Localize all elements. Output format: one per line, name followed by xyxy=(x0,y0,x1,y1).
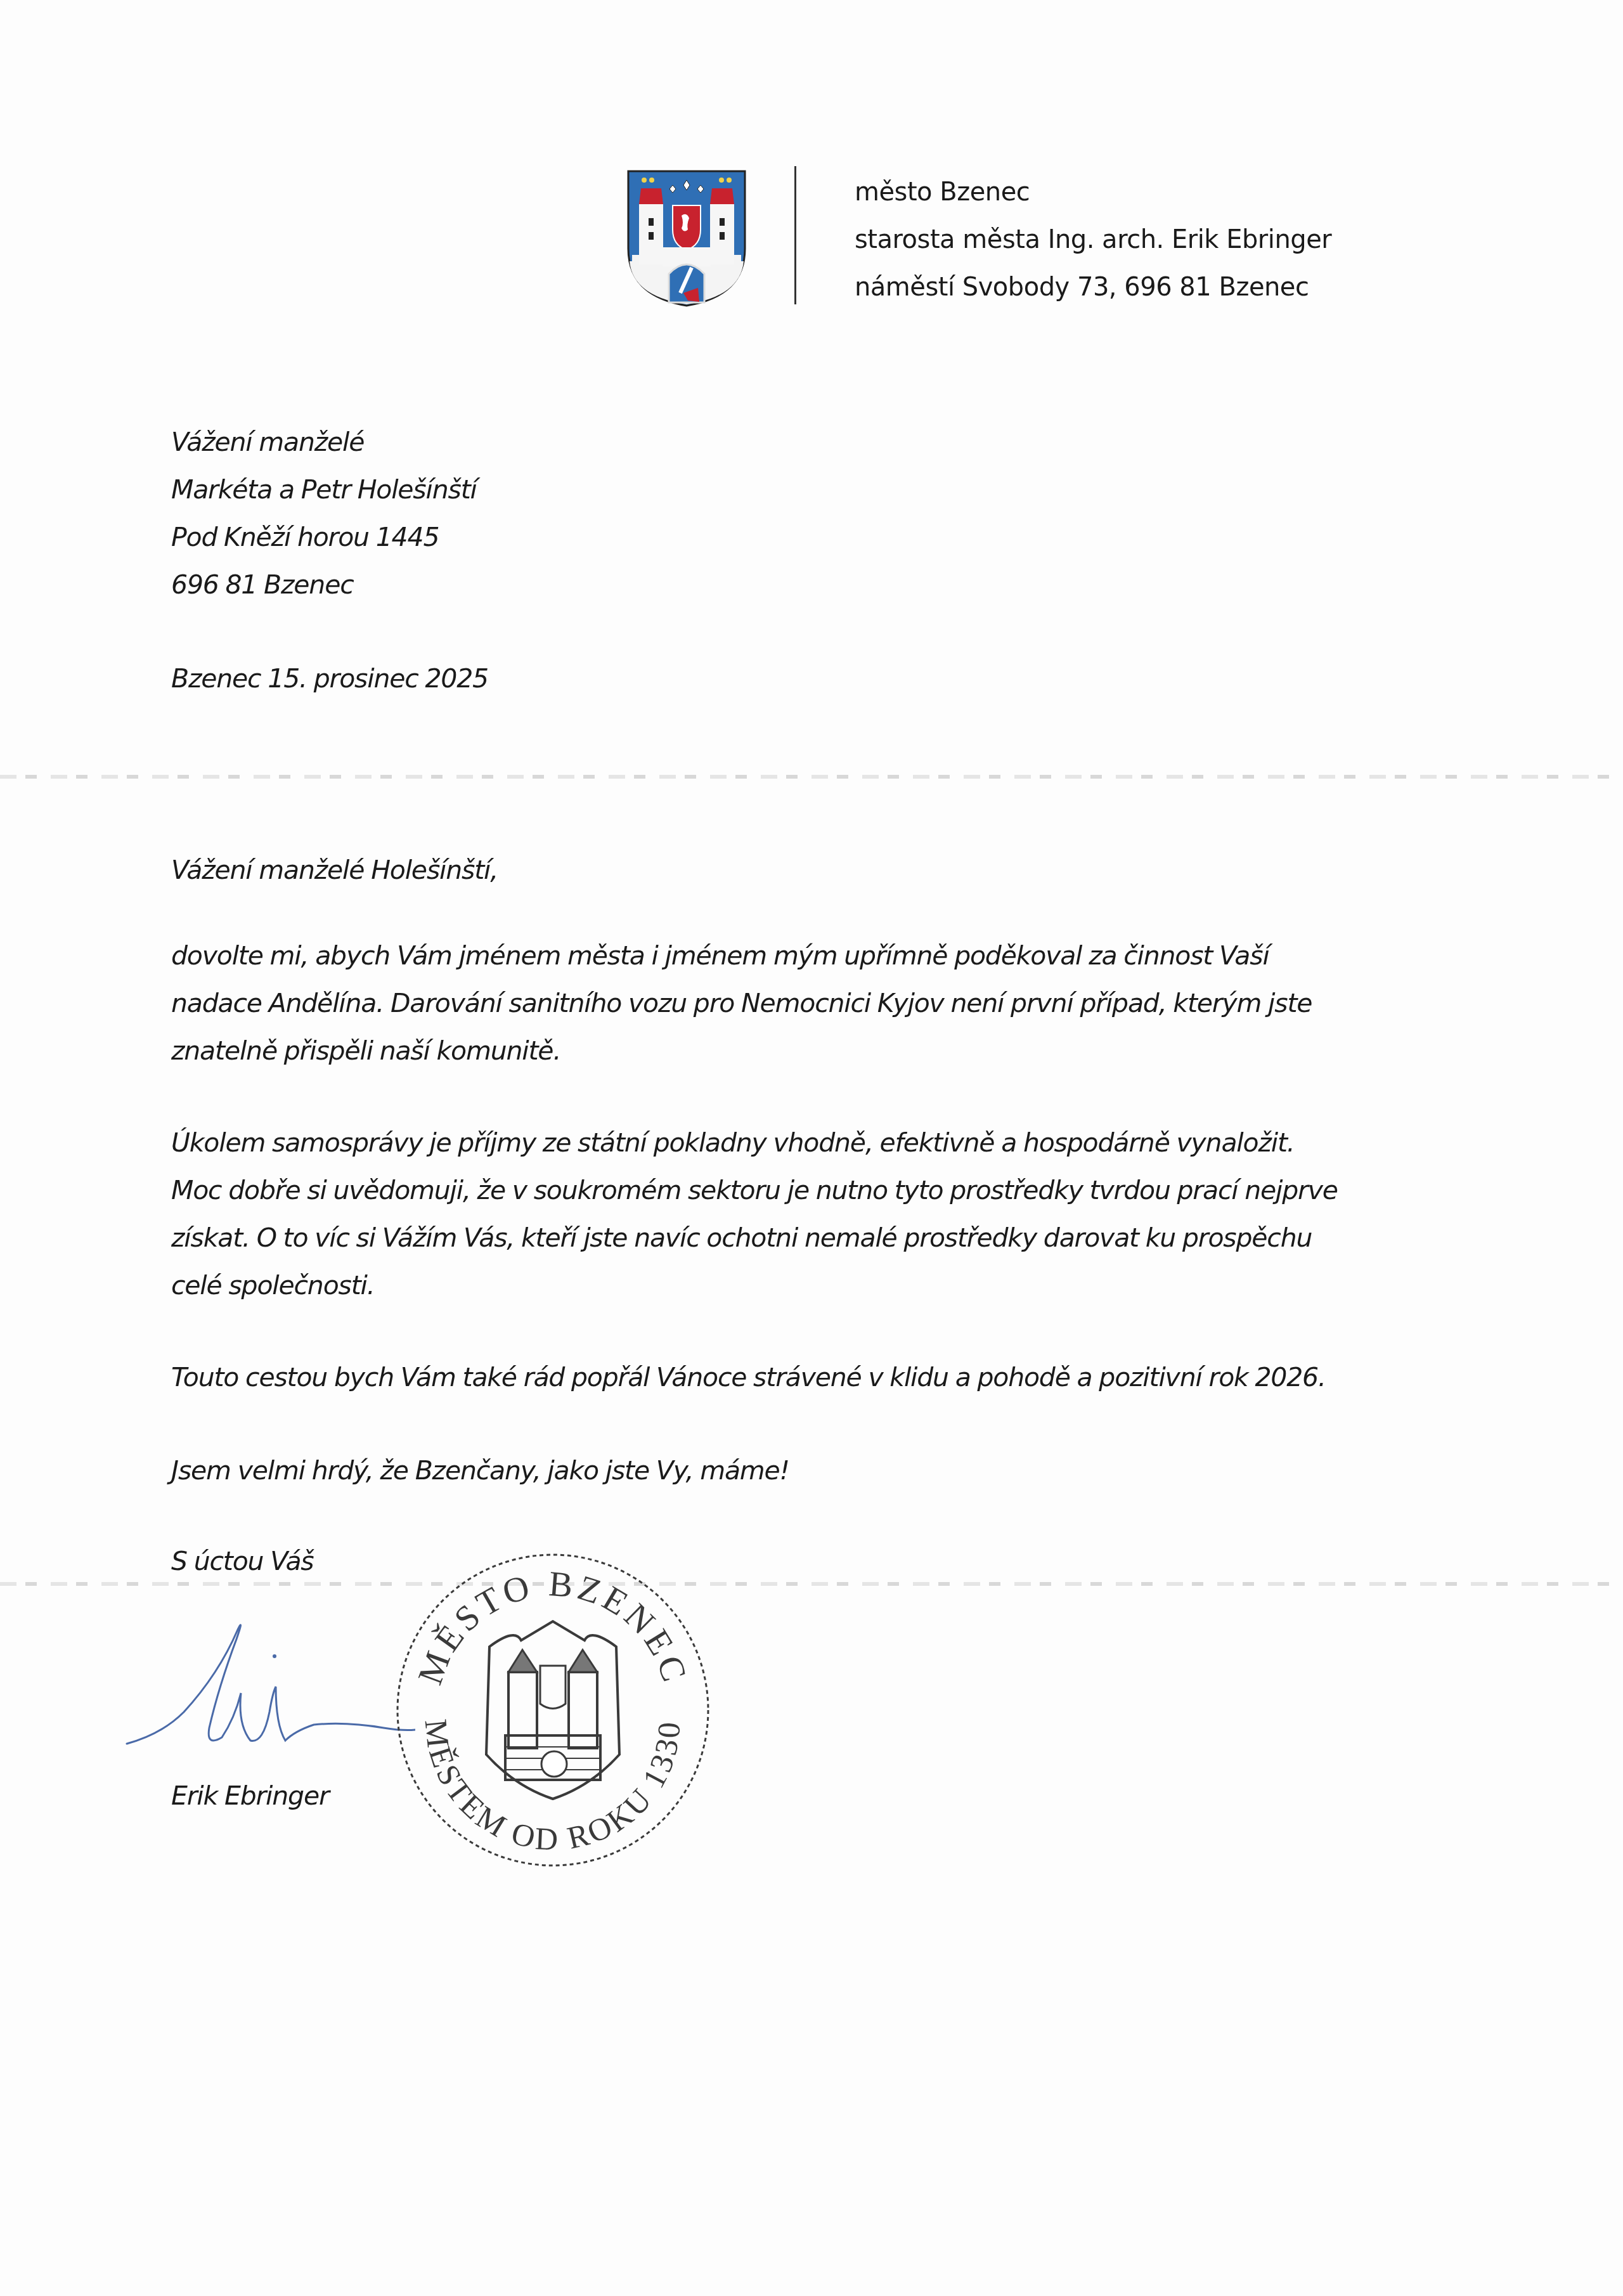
paragraph-pride: Jsem velmi hrdý, že Bzenčany, jako jste … xyxy=(171,1447,1477,1495)
recipient-line: Vážení manželé xyxy=(171,418,1477,466)
recipient-line: Markéta a Petr Holešínští xyxy=(171,466,1477,514)
svg-text:MĚSTEM OD ROKU 1330: MĚSTEM OD ROKU 1330 xyxy=(418,1718,687,1857)
stamp-top-text: MĚSTO BZENEC xyxy=(411,1564,695,1690)
paragraph-line: nadace Andělína. Darování sanitního vozu… xyxy=(171,980,1477,1027)
coat-of-arms-icon xyxy=(623,166,750,308)
paragraph-thanks: dovolte mi, abych Vám jménem města i jmé… xyxy=(171,932,1477,1075)
closing-phrase: S úctou Váš xyxy=(171,1538,1477,1585)
paper-fold-line xyxy=(0,1582,1623,1586)
paragraph-wishes: Touto cestou bych Vám také rád popřál Vá… xyxy=(171,1354,1477,1401)
paragraph-line: Moc dobře si uvědomuji, že v soukromém s… xyxy=(171,1167,1477,1214)
paragraph-line: Touto cestou bych Vám také rád popřál Vá… xyxy=(171,1354,1477,1401)
stamp-bottom-text: MĚSTEM OD ROKU 1330 xyxy=(418,1718,687,1857)
letterhead-divider xyxy=(794,166,796,304)
letterhead-mayor: starosta města Ing. arch. Erik Ebringer xyxy=(855,216,1331,264)
recipient-line: 696 81 Bzenec xyxy=(171,561,1477,609)
recipient-line: Pod Kněží horou 1445 xyxy=(171,514,1477,561)
svg-text:MĚSTO BZENEC: MĚSTO BZENEC xyxy=(411,1564,695,1690)
letterhead-street: náměstí Svobody 73, 696 81 Bzenec xyxy=(855,264,1331,311)
paragraph-line: dovolte mi, abych Vám jménem města i jmé… xyxy=(171,932,1477,980)
letter-date: Bzenec 15. prosinec 2025 xyxy=(171,655,1477,703)
official-stamp-icon: MĚSTO BZENEC MĚSTEM OD ROKU 1330 xyxy=(388,1545,718,1875)
paragraph-municipality: Úkolem samosprávy je příjmy ze státní po… xyxy=(171,1119,1477,1309)
paragraph-line: získat. O to víc si Vážím Vás, kteří jst… xyxy=(171,1214,1477,1262)
paragraph-line: celé společnosti. xyxy=(171,1262,1477,1309)
signer-name: Erik Ebringer xyxy=(171,1772,1477,1820)
paragraph-line: Úkolem samosprávy je příjmy ze státní po… xyxy=(171,1119,1477,1167)
letterhead-city: město Bzenec xyxy=(855,169,1331,216)
letter-page: město Bzenec starosta města Ing. arch. E… xyxy=(0,0,1623,2296)
paragraph-line: Jsem velmi hrdý, že Bzenčany, jako jste … xyxy=(171,1447,1477,1495)
salutation: Vážení manželé Holešínští, xyxy=(171,846,1477,894)
letterhead-address: město Bzenec starosta města Ing. arch. E… xyxy=(855,169,1331,311)
recipient-address: Vážení manželé Markéta a Petr Holešínští… xyxy=(171,418,1477,609)
paragraph-line: znatelně přispěli naší komunitě. xyxy=(171,1027,1477,1075)
handwritten-signature-icon xyxy=(124,1617,415,1756)
paper-fold-line xyxy=(0,775,1623,779)
